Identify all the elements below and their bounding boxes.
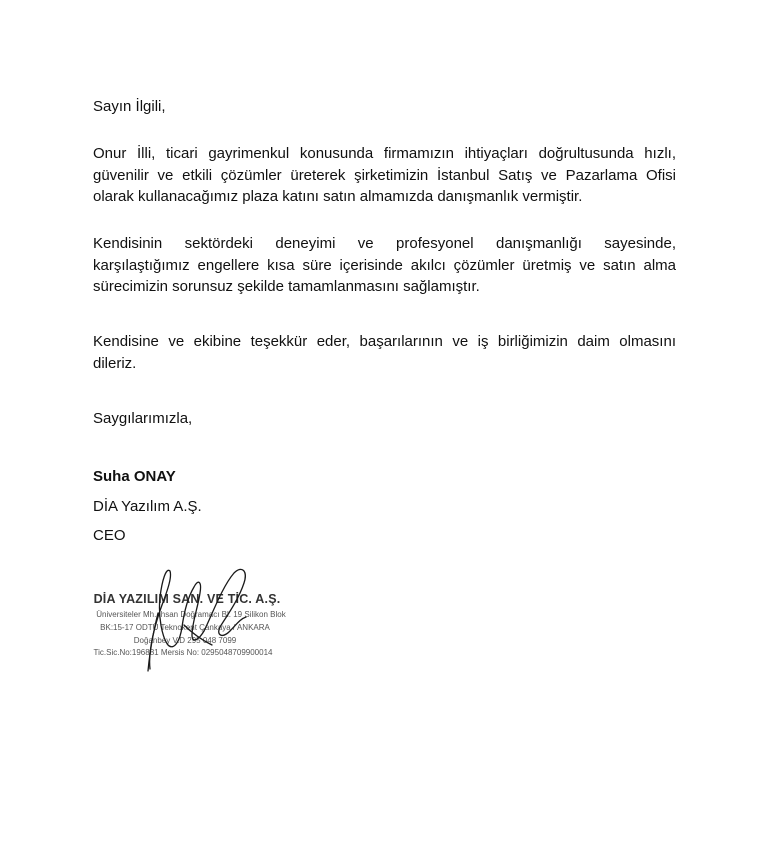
stamp-address-line: Üniversiteler Mh. İhsan Doğramacı Bl. 19… [96,610,286,619]
stamp-address-line: BK:15-17 ODTÜ Teknokent Çankaya / ANKARA [90,623,280,632]
closing: Saygılarımızla, [93,410,192,428]
stamp-registry-line: Tic.Sic.No:196881 Mersis No: 02950487099… [88,648,278,657]
letter-page: Sayın İlgili, Onur İlli, ticari gayrimen… [0,0,768,857]
paragraph-line: Kendisinin sektördeki deneyimi ve profes… [93,233,676,255]
company-stamp: DİA YAZILIM SAN. VE TİC. A.Ş. Üniversite… [88,557,288,677]
paragraph-line: dileriz. [93,353,676,375]
paragraph-3: Kendisine ve ekibine teşekkür eder, başa… [93,331,676,374]
paragraph-line: sürecimizin sorunsuz şekilde tamamlanmas… [93,276,676,298]
paragraph-line: olarak kullanacağımız plaza katını satın… [93,186,676,208]
paragraph-line: Onur İlli, ticari gayrimenkul konusunda … [93,143,676,165]
paragraph-line: Kendisine ve ekibine teşekkür eder, başa… [93,331,676,353]
paragraph-1: Onur İlli, ticari gayrimenkul konusunda … [93,143,676,208]
paragraph-line: güvenilir ve etkili çözümler üreterek şi… [93,165,676,187]
stamp-title: DİA YAZILIM SAN. VE TİC. A.Ş. [92,592,282,606]
signatory-title: CEO [93,527,126,545]
signatory-name: Suha ONAY [93,468,176,486]
signatory-company: DİA Yazılım A.Ş. [93,498,202,516]
salutation: Sayın İlgili, [93,98,166,116]
stamp-tax-line: Doğanbey V.D 295 048 7099 [90,636,280,645]
paragraph-2: Kendisinin sektördeki deneyimi ve profes… [93,233,676,298]
paragraph-line: karşılaştığımız engellere kısa süre içer… [93,255,676,277]
